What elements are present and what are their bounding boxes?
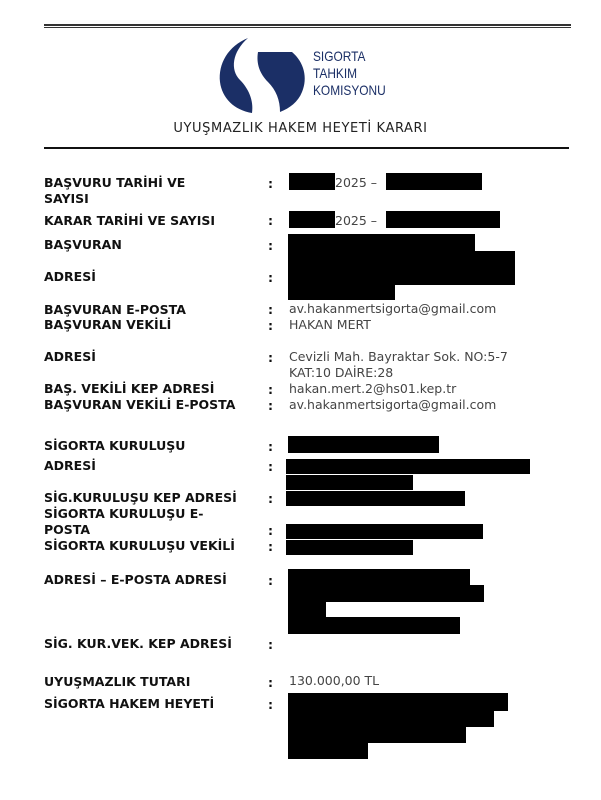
colon: :: [268, 176, 273, 192]
value-basvuran-vekili: HAKAN MERT: [289, 317, 371, 333]
redaction-block: [289, 173, 335, 190]
title-rule: [44, 147, 569, 149]
colon: :: [268, 350, 273, 366]
value-basvuran-eposta: av.hakanmertsigorta@gmail.com: [289, 301, 496, 317]
label-basvuru-tarihi: BAŞVURU TARİHİ VE SAYISI: [44, 175, 185, 207]
s-logo-icon: [218, 36, 308, 114]
redaction-block: [288, 617, 460, 634]
colon: :: [268, 318, 273, 334]
label-basvuran-vekili: BAŞVURAN VEKİLİ: [44, 317, 171, 333]
label-sigorta-adresi: ADRESİ: [44, 458, 96, 474]
redaction-block: [288, 585, 484, 602]
label-sig-vekil-adres: ADRESİ – E-POSTA ADRESİ: [44, 572, 227, 588]
label-vekil-kep: BAŞ. VEKİLİ KEP ADRESİ: [44, 381, 214, 397]
label-vekil-adresi: ADRESİ: [44, 349, 96, 365]
redaction-block: [286, 540, 413, 555]
value-vekil-kep: hakan.mert.2@hs01.kep.tr: [289, 381, 456, 397]
label-karar-tarihi: KARAR TARİHİ VE SAYISI: [44, 213, 215, 229]
label-hakem-heyeti: SİGORTA HAKEM HEYETİ: [44, 696, 214, 712]
label-sig-eposta: SİGORTA KURULUŞU E- POSTA: [44, 506, 203, 538]
colon: :: [268, 302, 273, 318]
label-sig-kep: SİG.KURULUŞU KEP ADRESİ: [44, 490, 237, 506]
colon: :: [268, 573, 273, 589]
colon: :: [268, 523, 273, 539]
redaction-block: [286, 475, 413, 490]
redaction-block: [286, 491, 465, 506]
value-vekil-eposta: av.hakanmertsigorta@gmail.com: [289, 397, 496, 413]
colon: :: [268, 539, 273, 555]
redaction-block: [288, 710, 494, 727]
document-title: UYUŞMAZLIK HAKEM HEYETİ KARARI: [0, 121, 601, 136]
redaction-block: [288, 251, 515, 285]
colon: :: [268, 675, 273, 691]
redaction-block: [288, 436, 439, 453]
redaction-block: [288, 569, 470, 586]
colon: :: [268, 439, 273, 455]
logo-line: TAHKIM: [313, 65, 386, 82]
label-basvuran-eposta: BAŞVURAN E-POSTA: [44, 302, 186, 318]
redaction-block: [289, 211, 335, 228]
redaction-block: [288, 693, 508, 711]
label-basvuran-adresi: ADRESİ: [44, 269, 96, 285]
value-vekil-adresi-line1: Cevizli Mah. Bayraktar Sok. NO:5-7: [289, 349, 508, 365]
label-uyusmazlik-tutari: UYUŞMAZLIK TUTARI: [44, 674, 190, 690]
colon: :: [268, 697, 273, 713]
colon: :: [268, 398, 273, 414]
colon: :: [268, 213, 273, 229]
redaction-block: [288, 742, 368, 759]
redaction-block: [286, 524, 483, 539]
redaction-block: [288, 726, 466, 743]
value-uyusmazlik-tutari: 130.000,00 TL: [289, 673, 379, 689]
label-basvuran: BAŞVURAN: [44, 237, 122, 253]
value-vekil-adresi-line2: KAT:10 DAİRE:28: [289, 365, 393, 381]
colon: :: [268, 459, 273, 475]
value-karar-tarihi: 2025 –: [335, 213, 377, 229]
redaction-block: [288, 601, 326, 617]
logo-line: KOMISYONU: [313, 82, 386, 99]
colon: :: [268, 238, 273, 254]
colon: :: [268, 270, 273, 286]
redaction-block: [288, 234, 475, 252]
redaction-block: [386, 173, 482, 190]
label-sig-kur-vek-kep: SİG. KUR.VEK. KEP ADRESİ: [44, 636, 232, 652]
redaction-block: [386, 211, 500, 228]
redaction-block: [288, 284, 395, 300]
colon: :: [268, 491, 273, 507]
colon: :: [268, 382, 273, 398]
logo-line: SIGORTA: [313, 48, 386, 65]
top-rule: [44, 24, 571, 28]
logo-text: SIGORTA TAHKIM KOMISYONU: [313, 48, 386, 99]
redaction-block: [286, 459, 530, 474]
label-sig-vekili: SİGORTA KURULUŞU VEKİLİ: [44, 538, 235, 554]
value-basvuru-tarihi: 2025 –: [335, 175, 377, 191]
label-vekil-eposta: BAŞVURAN VEKİLİ E-POSTA: [44, 397, 235, 413]
label-sigorta-kurulusu: SİGORTA KURULUŞU: [44, 438, 185, 454]
colon: :: [268, 637, 273, 653]
sigorta-tahkim-logo: SIGORTA TAHKIM KOMISYONU: [218, 36, 418, 114]
